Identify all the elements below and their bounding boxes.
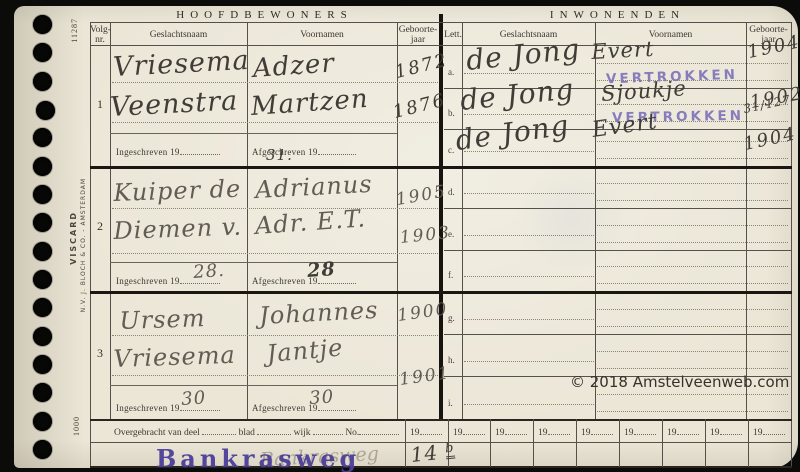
dotted-line (597, 183, 788, 184)
label-text: 19 (624, 428, 634, 438)
dotted-leader (202, 426, 236, 435)
punch-hole (33, 242, 52, 261)
registration-card: 11287 VISCARD N.V. J. BLOCH & CO. - AMST… (14, 6, 798, 468)
col-header-geboortejaar-r-1: Geboorte- (749, 25, 788, 35)
dotted-line (112, 335, 438, 336)
dotted-leader (463, 426, 485, 435)
transfer-row: Overgebracht van deel blad wijk No. (98, 420, 403, 442)
punch-hole (33, 157, 52, 176)
dotted-leader (720, 426, 742, 435)
dotted-leader (677, 426, 699, 435)
col-header-volgnr-1: Volg- (90, 25, 111, 35)
year-cell: 19 (619, 420, 662, 442)
ingeschreven-label: Ingeschreven 19 (116, 146, 220, 157)
label-text: 19 (667, 428, 677, 438)
afgeschreven-label: Afgeschreven 19 (252, 275, 356, 286)
year-cell: 19 (748, 420, 791, 442)
hw-voornaam: Evert (591, 37, 655, 64)
grid-line (90, 22, 792, 23)
hw-naam: Kuiper de (113, 175, 242, 207)
year-label: 19 (453, 426, 485, 438)
rule-line (110, 385, 397, 386)
hw-naam: Diemen v. (113, 213, 242, 245)
col-header-geboortejaar-1: Geboorte- (399, 25, 438, 35)
punch-hole (36, 101, 55, 120)
year-cell: 19 (705, 420, 748, 442)
dotted-line (464, 193, 594, 194)
dotted-line (464, 235, 594, 236)
section-title-hoofdbewoners: HOOFDBEWONERS (90, 9, 439, 22)
hw-afgeschreven-value: 28 (306, 258, 336, 282)
dotted-leader (420, 426, 442, 435)
dotted-line (597, 242, 788, 243)
transfer-label: Overgebracht van deel blad wijk No. (114, 426, 399, 438)
dotted-line (597, 283, 788, 284)
table-row-f: f. (444, 250, 791, 291)
dotted-leader (257, 426, 291, 435)
watermark-text: © 2018 Amstelveenweb.com (570, 373, 789, 391)
col-header-volgnr-2: nr. (95, 35, 105, 45)
dotted-leader (318, 146, 356, 155)
dotted-leader (634, 426, 656, 435)
label-text: 19 (495, 428, 505, 438)
year-cell: 19 (448, 420, 490, 442)
label-text: Overgebracht van deel (114, 428, 200, 438)
label-text: 19 (453, 428, 463, 438)
punch-hole (33, 15, 52, 34)
dotted-line (597, 368, 788, 369)
house-suffix: b (444, 441, 455, 460)
dotted-leader (313, 426, 343, 435)
punch-hole (33, 270, 52, 289)
punch-hole (33, 298, 52, 317)
year-label: 19 (710, 426, 742, 438)
punch-hole (33, 327, 52, 346)
punch-hole (33, 355, 52, 374)
label-text: 19 (538, 428, 548, 438)
dotted-line (112, 375, 438, 376)
volgnr: 3 (90, 346, 110, 361)
table-row-h: h. (444, 334, 791, 377)
rule-line (110, 133, 397, 134)
dotted-line (112, 122, 438, 123)
printer-brand: VISCARD (69, 211, 78, 265)
dotted-line (597, 394, 788, 395)
label-text: Ingeschreven 19 (116, 147, 180, 157)
letter-label: b. (448, 108, 455, 118)
punch-hole (33, 185, 52, 204)
dotted-line (597, 309, 788, 310)
volgnr: 2 (90, 219, 110, 234)
dotted-line (597, 158, 788, 159)
year-cell: 19 (662, 420, 705, 442)
card-serial-top: 11287 (70, 18, 79, 43)
section-title-inwonenden: INWONENDEN (444, 9, 791, 22)
punch-hole (33, 43, 52, 62)
dotted-line (597, 266, 788, 267)
col-header-voornamen: Voornamen (247, 30, 397, 40)
dotted-line (597, 351, 788, 352)
col-header-lett: Lett. (444, 30, 462, 40)
hw-house-number: 14 b (409, 439, 455, 467)
punch-hole (33, 213, 52, 232)
hw-voornaam: Adzer (252, 48, 336, 84)
col-header-volgnr: Volg- nr. (90, 25, 110, 45)
year-label: 19 (538, 426, 570, 438)
hw-naam: Vriesema (113, 341, 236, 373)
hw-ingeschreven-value: 28. (193, 260, 226, 283)
year-label: 19 (495, 426, 527, 438)
year-cell: 19 (490, 420, 533, 442)
label-text: blad (239, 428, 255, 438)
table-row-d: d. (444, 169, 791, 209)
year-label: 19 (410, 426, 442, 438)
label-text: Ingeschreven 19 (116, 276, 180, 286)
dotted-line (597, 326, 788, 327)
dotted-leader (548, 426, 570, 435)
label-text: 19 (410, 428, 420, 438)
dotted-line (112, 208, 438, 209)
table-row-e: e. (444, 208, 791, 251)
year-cell: 19 (533, 420, 576, 442)
dotted-leader (180, 146, 220, 155)
letter-label: d. (448, 187, 455, 197)
dotted-leader (505, 426, 527, 435)
letter-label: c. (448, 145, 454, 155)
volgnr: 1 (90, 97, 110, 112)
dotted-line (464, 404, 594, 405)
card-serial-bottom: 1000 (72, 416, 81, 436)
letter-label: f. (448, 270, 453, 280)
year-cell: 19 (576, 420, 619, 442)
year-label: 19 (667, 426, 699, 438)
label-text: Ingeschreven 19 (116, 403, 180, 413)
dotted-leader (591, 426, 613, 435)
punch-hole (33, 383, 52, 402)
punch-hole (33, 72, 52, 91)
year-label: 19 (581, 426, 613, 438)
house-number: 14 (409, 440, 439, 467)
dotted-line (464, 361, 594, 362)
label-text: 19 (710, 428, 720, 438)
rule-line (110, 262, 397, 263)
label-text: No. (345, 428, 359, 438)
dotted-leader (359, 426, 399, 435)
col-header-geboortejaar: Geboorte- jaar (397, 25, 439, 45)
letter-label: i. (448, 398, 453, 408)
hw-afgeschreven-value: 31. (266, 146, 293, 164)
label-text: wijk (294, 428, 311, 438)
dotted-line (597, 411, 788, 412)
label-text: 19 (753, 428, 763, 438)
year-label: 19 (753, 426, 785, 438)
dotted-line (112, 253, 438, 254)
label-text: 19 (581, 428, 591, 438)
col-header-geboortejaar-2: jaar (411, 35, 425, 45)
dotted-line (464, 276, 594, 277)
afgeschreven-label: Afgeschreven 19 (252, 402, 356, 413)
hw-afgeschreven-value: 30 (309, 386, 335, 409)
street-stamp: Bankrasweg (156, 444, 360, 472)
year-label: 19 (624, 426, 656, 438)
hw-ingeschreven-value: 30 (181, 387, 207, 410)
dotted-leader (763, 426, 785, 435)
printer-info: N.V. J. BLOCH & CO. - AMSTERDAM (80, 178, 87, 312)
hw-naam: Ursem (119, 304, 206, 335)
punch-hole (33, 412, 52, 431)
punch-hole (33, 128, 52, 147)
dotted-line (597, 63, 788, 64)
punch-hole (33, 440, 52, 459)
dotted-line (597, 225, 788, 226)
dotted-line (464, 319, 594, 320)
label-text: Afgeschreven 19 (252, 403, 318, 413)
col-header-geslachtsnaam: Geslachtsnaam (110, 30, 247, 40)
table-row-g: g. (444, 294, 791, 335)
dotted-line (597, 200, 788, 201)
